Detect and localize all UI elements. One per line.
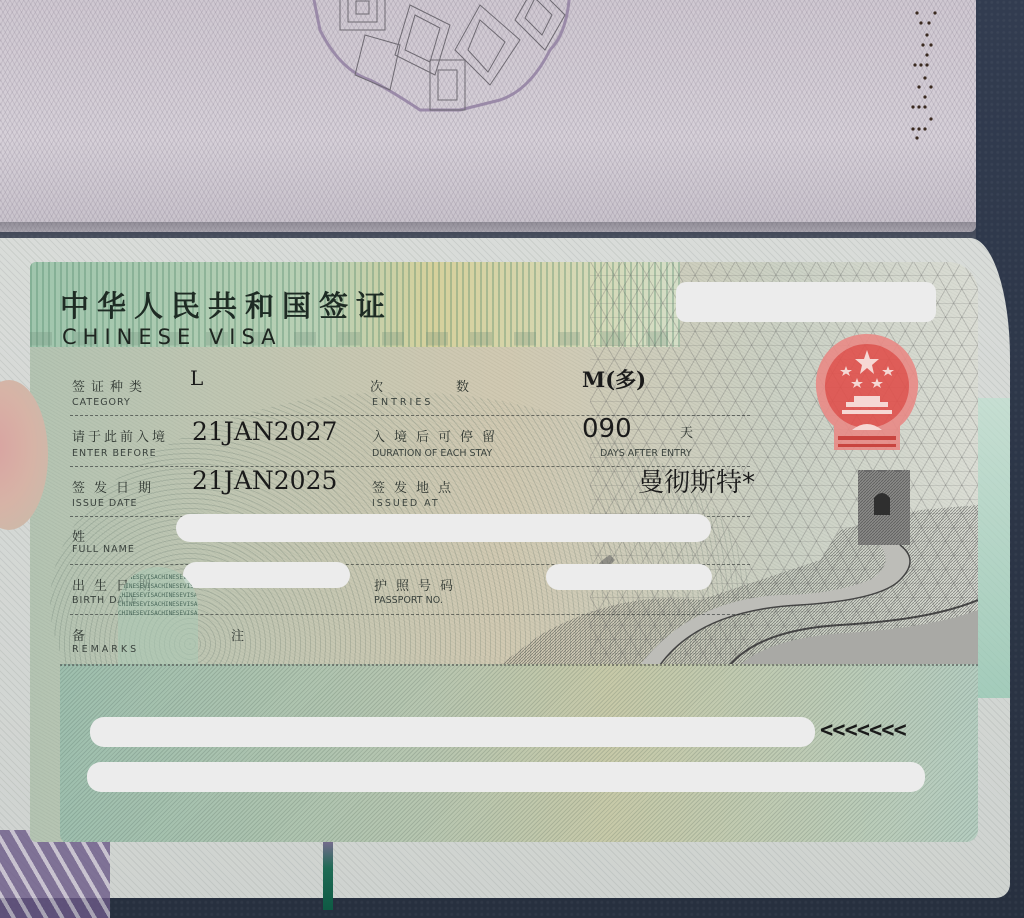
entries-value: M(多) <box>582 364 646 394</box>
issue-date-label-en: ISSUE DATE <box>72 498 138 509</box>
enter-before-label-zh: 请于此前入境 <box>72 426 168 445</box>
category-value: L <box>190 366 203 390</box>
mrz-line-1-filler: <<<<<<< <box>820 718 906 743</box>
microprint-window: CHINESEVISACHINESEVISACHINESEVISACHINESE… <box>118 567 198 671</box>
remarks-label-en: REMARKS <box>72 644 139 655</box>
birth-date-redacted <box>183 562 350 588</box>
national-emblem-icon <box>812 330 922 460</box>
duration-value: 090 <box>582 414 632 444</box>
enter-before-label-en: ENTER BEFORE <box>72 448 157 459</box>
visa-title-english: CHINESE VISA <box>62 325 282 349</box>
issued-at-label-en: ISSUED AT <box>372 498 440 509</box>
row-divider <box>70 415 750 416</box>
machine-readable-zone <box>60 664 978 842</box>
issue-date-value: 21JAN2025 <box>192 466 337 495</box>
duration-label-en: DURATION OF EACH STAY <box>372 448 492 459</box>
issued-at-value: 曼彻斯特* <box>638 462 755 499</box>
passport-no-label-en: PASSPORT NO. <box>374 595 443 606</box>
upper-passport-page <box>0 0 976 232</box>
full-name-label-en: FULL NAME <box>72 544 135 555</box>
visa-number-redacted <box>676 282 936 322</box>
page-security-strip <box>323 840 333 910</box>
issue-date-label-zh: 签发日期 <box>72 477 160 496</box>
category-label-en: CATEGORY <box>72 397 131 408</box>
entries-label-en: ENTRIES <box>372 397 433 408</box>
duration-label-zh: 入境后可停留 <box>372 426 504 445</box>
category-label-zh: 签证种类 <box>72 376 148 395</box>
chinese-visa-sticker: 中华人民共和国签证 CHINESE VISA <box>30 262 978 842</box>
passport-number-perforation <box>905 5 945 145</box>
entries-label-zh: 次 数 <box>370 376 499 395</box>
mrz-line-1-redacted <box>90 717 815 747</box>
diamond-pattern-emblem <box>310 0 710 130</box>
mrz-line-2-redacted <box>87 762 925 792</box>
passport-no-label-zh: 护照号码 <box>374 575 462 594</box>
issued-at-label-zh: 签发地点 <box>372 477 460 496</box>
enter-before-value: 21JAN2027 <box>192 417 337 446</box>
full-name-redacted <box>176 514 711 542</box>
visa-title-chinese: 中华人民共和国签证 <box>60 284 393 325</box>
passport-no-redacted <box>546 564 712 590</box>
remarks-label-zh: 备 注 <box>72 625 284 644</box>
duration-unit-zh: 天 <box>680 422 699 441</box>
corner-security-pattern <box>0 830 110 918</box>
duration-unit-en: DAYS AFTER ENTRY <box>600 448 692 459</box>
